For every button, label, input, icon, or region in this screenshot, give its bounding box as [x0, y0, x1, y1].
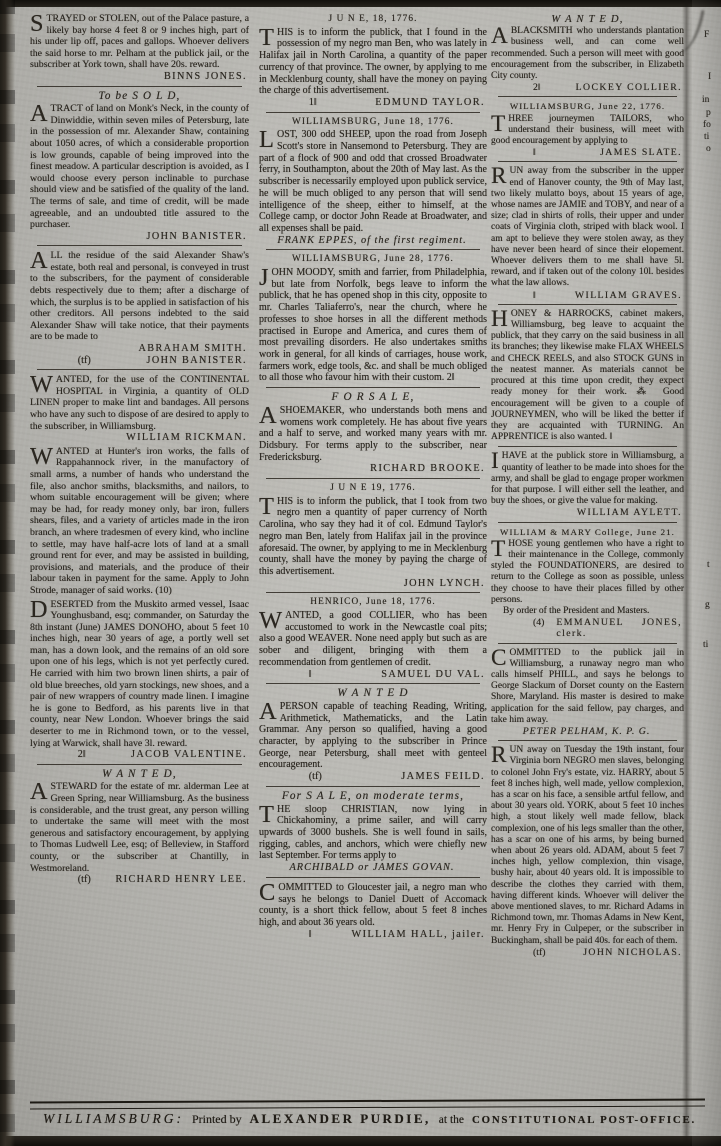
drop-cap: A [259, 405, 280, 426]
ad-text: HOSE young gentlemen who have a right to… [491, 539, 684, 605]
ad-text: HAVE at the publick store in Williamsbur… [491, 451, 684, 506]
ad-lost-sheep: WILLIAMSBURG, June 18, 1776. LOST, 300 o… [259, 117, 487, 247]
ad-journeymen-taylors: WILLIAMSBURG, June 22, 1776. THREE journ… [491, 101, 684, 158]
signature-name: PETER PELHAM, K. P. G. [523, 726, 651, 737]
imprint-office-name: CONSTITUTIONAL POST-OFFICE. [472, 1114, 696, 1126]
ad-byline: By order of the President and Masters. [491, 606, 684, 617]
signature-line: PETER PELHAM, K. P. G. [491, 726, 682, 737]
ad-william-mary-college: WILLIAM & MARY College, June 21. THOSE y… [491, 527, 684, 640]
ad-body: HONEY & HARROCKS, cabinet makers, Willia… [491, 309, 684, 443]
signature-name: SAMUEL DU VAL. [381, 669, 485, 681]
ad-text: OMMITTED to the publick jail in Williams… [491, 648, 684, 725]
signature-line: ‖SAMUEL DU VAL. [259, 669, 485, 681]
ad-text: OHN MOODY, smith and farrier, from Phila… [259, 267, 487, 383]
separator-rule [266, 387, 480, 388]
ad-strayed-horse: STRAYED or STOLEN, out of the Palace pas… [30, 13, 249, 83]
ad-body: THIS is to inform the publick, that I fo… [259, 27, 487, 97]
signature-mark: ‖ [491, 147, 536, 158]
signature-mark: 2‖ [30, 749, 86, 761]
imprint-printer-name: ALEXANDER PURDIE, [250, 1111, 431, 1127]
adjacent-page-text-fragment: F [704, 30, 709, 40]
ad-committed-gloucester: COMMITTED to Gloucester jail, a negro ma… [259, 882, 487, 941]
ad-cabinet-makers: HONEY & HARROCKS, cabinet makers, Willia… [491, 309, 684, 443]
ad-blacksmith-wanted: W A N T E D, ABLACKSMITH who understands… [491, 14, 684, 93]
ad-body: COMMITTED to the publick jail in William… [491, 648, 684, 726]
ad-heading: W A N T E D, [491, 14, 684, 25]
ad-collier-weaver-wanted: HENRICO, June 18, 1776. WANTED, a good C… [259, 597, 487, 680]
drop-cap: A [30, 781, 51, 801]
ad-text: ONEY & HARROCKS, cabinet makers, William… [491, 309, 684, 442]
separator-rule [266, 683, 480, 684]
adjacent-page-text-fragment: in [702, 95, 709, 105]
signature-line: ABRAHAM SMITH. [30, 343, 247, 355]
drop-cap: T [259, 804, 277, 825]
signature-mark: 1‖ [259, 97, 317, 109]
ad-text: UN away from the subscriber in the upper… [491, 166, 684, 288]
signature-line: (4)EMMANUEL JONES, clerk. [491, 617, 682, 639]
ad-heading: W A N T E D [259, 688, 487, 700]
ad-text: HREE journeymen TAILORS, who understand … [491, 114, 684, 146]
separator-rule [498, 522, 677, 523]
adjacent-page-text-fragment: I [708, 72, 711, 82]
signature-mark: (tf) [491, 947, 546, 958]
signature-line: ‖WILLIAM HALL, jailer. [259, 929, 485, 941]
ad-body: THE sloop CHRISTIAN, now lying in Chicka… [259, 804, 487, 863]
ad-body: COMMITTED to Gloucester jail, a negro ma… [259, 882, 487, 929]
signature-mark: (tf) [30, 874, 91, 886]
signature-line: ‖JAMES SLATE. [491, 147, 682, 158]
imprint-printed-by: Printed by [192, 1112, 242, 1127]
ad-body: I HAVE at the publick store in Williamsb… [491, 451, 684, 507]
separator-rule [266, 786, 480, 787]
signature-name: RICHARD HENRY LEE. [115, 874, 247, 886]
ad-text: HIS is to inform the publick, that I too… [259, 496, 487, 577]
drop-cap: W [259, 610, 285, 631]
ad-text: ESERTED from the Muskito armed vessel, I… [30, 599, 249, 749]
ad-dateline: WILLIAMSBURG, June 28, 1776. [259, 254, 487, 266]
adjacent-page-text-fragment: g [705, 600, 710, 610]
drop-cap: R [491, 166, 510, 186]
drop-cap: A [491, 26, 511, 46]
drop-cap: W [30, 446, 56, 466]
column-right: W A N T E D, ABLACKSMITH who understands… [491, 13, 684, 1096]
signature-name: EMMANUEL JONES, clerk. [556, 617, 682, 639]
ad-text: TRACT of land on Monk's Neck, in the cou… [30, 103, 249, 230]
ad-steward-wanted: W A N T E D, ASTEWARD for the estate of … [30, 769, 249, 886]
ad-body: STRAYED or STOLEN, out of the Palace pas… [30, 13, 249, 71]
ad-text: ANTED at Hunter's iron works, the falls … [30, 446, 249, 596]
newspaper-page: STRAYED or STOLEN, out of the Palace pas… [0, 0, 721, 1146]
signature-name: RICHARD BROOKE. [370, 463, 485, 475]
separator-rule [498, 304, 677, 305]
separator-rule [498, 96, 677, 97]
ad-body: ALL the residue of the said Alexander Sh… [30, 250, 249, 343]
separator-rule [498, 446, 677, 447]
ad-body: ABLACKSMITH who understands plantation b… [491, 26, 684, 82]
drop-cap: S [30, 13, 47, 33]
signature-line: RICHARD BROOKE. [259, 463, 485, 475]
signature-mark: (tf) [30, 355, 91, 367]
ad-shaw-estate: ALL the residue of the said Alexander Sh… [30, 250, 249, 366]
ad-text: LL the residue of the said Alexander Sha… [30, 250, 249, 342]
adjacent-page-text-fragment: p [706, 108, 711, 118]
drop-cap: T [491, 114, 508, 134]
drop-cap: H [491, 309, 511, 329]
ad-heading: W A N T E D, [30, 769, 249, 781]
signature-name: WILLIAM GRAVES. [575, 290, 682, 301]
separator-rule [37, 86, 242, 87]
ad-body: RUN away from the subscriber in the uppe… [491, 166, 684, 289]
signature-line: (tf)JAMES FEILD. [259, 771, 485, 783]
ad-text: ANTED, for the use of the CONTINENTAL HO… [30, 374, 249, 431]
ad-heading: To be S O L D, [30, 91, 249, 103]
ad-shoemaker-for-sale: F O R S A L E, ASHOEMAKER, who understan… [259, 392, 487, 475]
drop-cap: C [491, 648, 510, 668]
ad-text: PERSON capable of teaching Reading, Writ… [259, 701, 487, 771]
signature-line: WILLIAM RICKMAN. [30, 432, 247, 444]
separator-rule [37, 369, 242, 370]
ad-committed-phill: COMMITTED to the publick jail in William… [491, 648, 684, 738]
drop-cap: A [30, 250, 51, 270]
signature-line: FRANK EPPES, of the first regiment. [259, 235, 485, 247]
signature-mark: 2‖ [491, 82, 541, 93]
drop-cap: T [259, 496, 277, 517]
signature-name: JOHN LYNCH. [404, 578, 485, 590]
signature-line: (tf)RICHARD HENRY LEE. [30, 874, 247, 886]
signature-name: FRANK EPPES, of the first regiment. [277, 235, 466, 247]
imprint-line: WILLIAMSBURG: Printed by ALEXANDER PURDI… [26, 1111, 713, 1127]
ad-deserted-muskito: DESERTED from the Muskito armed vessel, … [30, 599, 249, 761]
signature-name: ARCHIBALD or JAMES GOVAN. [290, 862, 455, 874]
signature-name: WILLIAM RICKMAN. [126, 432, 247, 444]
ad-body: ASHOEMAKER, who understands both mens an… [259, 405, 487, 464]
ad-text: UN away on Tuesday the 19th instant, fou… [491, 745, 684, 945]
signature-line: WILLIAM AYLETT. [491, 507, 682, 518]
ad-lynch-currency: J U N E 19, 1776. THIS is to inform the … [259, 483, 487, 589]
signature-name: BINNS JONES. [164, 71, 247, 83]
separator-rule [498, 740, 677, 741]
signature-line: 2‖JACOB VALENTINE. [30, 749, 247, 761]
ad-body: WANTED, a good COLLIER, who has been acc… [259, 610, 487, 669]
ad-body: WANTED, for the use of the CONTINENTAL H… [30, 374, 249, 432]
ad-body: WANTED at Hunter's iron works, the falls… [30, 446, 249, 597]
separator-rule [37, 764, 242, 765]
ad-dateline: WILLIAMSBURG, June 18, 1776. [259, 117, 487, 129]
ad-text: OMMITTED to Gloucester jail, a negro man… [259, 882, 487, 928]
scan-edge-top [0, 0, 721, 7]
drop-cap: J [259, 267, 272, 288]
signature-name: JAMES SLATE. [600, 147, 682, 158]
signature-line: (tf)JOHN BANISTER. [30, 355, 247, 367]
signature-name: JOHN BANISTER. [146, 355, 247, 367]
drop-cap: A [30, 103, 51, 123]
signature-name: JACOB VALENTINE. [131, 749, 247, 761]
signature-line: BINNS JONES. [30, 71, 247, 83]
separator-rule [498, 643, 677, 644]
signature-name: WILLIAM AYLETT. [577, 507, 682, 518]
ad-body: THOSE young gentlemen who have a right t… [491, 539, 684, 606]
ad-runaway-jamie-toby: RUN away from the subscriber in the uppe… [491, 166, 684, 300]
separator-rule [37, 245, 242, 246]
drop-cap: L [259, 129, 277, 150]
signature-line: 2‖LOCKEY COLLIER. [491, 82, 682, 93]
signature-mark: (tf) [259, 771, 322, 783]
drop-cap: C [259, 882, 278, 903]
ad-dateline: J U N E, 18, 1776. [259, 14, 487, 26]
ad-body: APERSON capable of teaching Reading, Wri… [259, 701, 487, 771]
separator-rule [266, 877, 480, 878]
ad-text: HIS is to inform the publick, that I fou… [259, 27, 487, 97]
drop-cap: R [491, 745, 510, 765]
column-left: STRAYED or STOLEN, out of the Palace pas… [30, 13, 249, 1096]
signature-mark: ‖ [259, 929, 312, 941]
ad-body: LOST, 300 odd SHEEP, upon the road from … [259, 129, 487, 234]
drop-cap: D [30, 599, 51, 619]
drop-cap: T [491, 539, 508, 559]
signature-name: ABRAHAM SMITH. [139, 343, 247, 355]
ad-body: DESERTED from the Muskito armed vessel, … [30, 599, 249, 750]
ad-iron-works: WANTED at Hunter's iron works, the falls… [30, 446, 249, 597]
signature-line: ARCHIBALD or JAMES GOVAN. [259, 862, 485, 874]
ad-dateline: WILLIAM & MARY College, June 21. [491, 527, 684, 538]
signature-name: LOCKEY COLLIER. [576, 82, 682, 93]
drop-cap: T [259, 27, 277, 48]
ad-heading: For S A L E, on moderate terms, [259, 791, 487, 803]
adjacent-page-text-fragment: o [706, 144, 711, 154]
drop-cap: A [259, 701, 280, 722]
ad-runaway-fry-estate: RUN away on Tuesday the 19th instant, fo… [491, 745, 684, 958]
ad-old-linen-wanted: WANTED, for the use of the CONTINENTAL H… [30, 374, 249, 444]
ad-john-moody-smith: WILLIAMSBURG, June 28, 1776. JOHN MOODY,… [259, 254, 487, 384]
ad-body: JOHN MOODY, smith and farrier, from Phil… [259, 267, 487, 384]
ad-text: ANTED, a good COLLIER, who has been accu… [259, 610, 487, 668]
ad-body: RUN away on Tuesday the 19th instant, fo… [491, 745, 684, 947]
ad-sloop-christian: For S A L E, on moderate terms, THE sloo… [259, 791, 487, 874]
signature-line: ‖WILLIAM GRAVES. [491, 290, 682, 301]
signature-mark: ‖ [259, 669, 312, 681]
ad-leather-publick-store: I HAVE at the publick store in Williamsb… [491, 451, 684, 518]
ad-text: SHOEMAKER, who understands both mens and… [259, 405, 487, 463]
signature-name: JOHN NICHOLAS. [583, 947, 682, 958]
adjacent-page-text-fragment: fo [703, 120, 711, 130]
ad-text: STEWARD for the estate of mr. alderman L… [30, 781, 249, 873]
column-middle: J U N E, 18, 1776. THIS is to inform the… [259, 13, 487, 1096]
signature-line: JOHN BANISTER. [30, 231, 247, 243]
drop-cap: I [491, 451, 502, 471]
ad-dateline: WILLIAMSBURG, June 22, 1776. [491, 101, 684, 112]
separator-rule [266, 478, 480, 479]
separator-rule [266, 112, 480, 113]
ad-teacher-wanted: W A N T E D APERSON capable of teaching … [259, 688, 487, 783]
signature-line: 1‖EDMUND TAYLOR. [259, 97, 485, 109]
scan-edge-bottom [0, 1136, 721, 1146]
adjacent-page-text-fragment: ti [703, 640, 708, 650]
signature-name: JAMES FEILD. [401, 771, 485, 783]
binding-gutter [0, 0, 15, 1146]
signature-mark: (4) [491, 617, 544, 628]
signature-line: (tf)JOHN NICHOLAS. [491, 947, 682, 958]
ad-heading: F O R S A L E, [259, 392, 487, 404]
adjacent-page-text-fragment: ti [704, 132, 709, 142]
separator-rule [266, 592, 480, 593]
ad-body: ATRACT of land on Monk's Neck, in the co… [30, 103, 249, 231]
drop-cap: W [30, 374, 56, 394]
adjacent-page-text-fragment: t [707, 560, 710, 570]
separator-rule [266, 249, 480, 250]
ad-body: THREE journeymen TAILORS, who understand… [491, 114, 684, 148]
imprint-city: WILLIAMSBURG: [43, 1111, 184, 1127]
ad-dateline: J U N E 19, 1776. [259, 483, 487, 495]
ad-text: HE sloop CHRISTIAN, now lying in Chickah… [259, 804, 487, 862]
ad-land-for-sale: To be S O L D, ATRACT of land on Monk's … [30, 91, 249, 243]
adjacent-page-edge [692, 0, 721, 1146]
double-rule [30, 1099, 705, 1110]
signature-name: WILLIAM HALL, jailer. [352, 929, 485, 941]
ad-text: BLACKSMITH who understands plantation bu… [491, 26, 684, 81]
separator-rule [498, 161, 677, 162]
ad-text: OST, 300 odd SHEEP, upon the road from J… [259, 129, 487, 234]
signature-mark: ‖ [491, 290, 536, 301]
ad-taylor-currency: J U N E, 18, 1776. THIS is to inform the… [259, 14, 487, 109]
signature-line: JOHN LYNCH. [259, 578, 485, 590]
ad-body: THIS is to inform the publick, that I to… [259, 496, 487, 578]
signature-name: EDMUND TAYLOR. [375, 97, 485, 109]
ad-dateline: HENRICO, June 18, 1776. [259, 597, 487, 609]
imprint-at-the: at the [439, 1114, 464, 1126]
ad-body: ASTEWARD for the estate of mr. alderman … [30, 781, 249, 874]
ad-text: TRAYED or STOLEN, out of the Palace past… [30, 13, 249, 70]
signature-name: JOHN BANISTER. [146, 231, 247, 243]
